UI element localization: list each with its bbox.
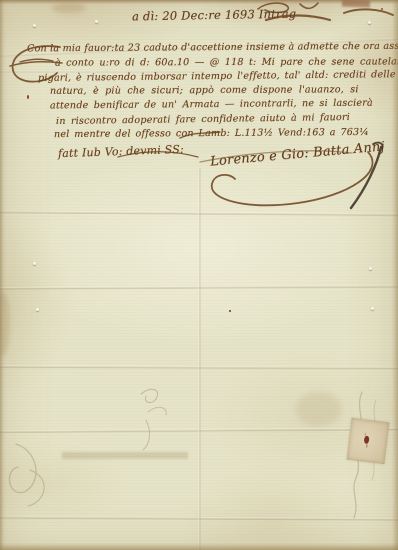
red-speck	[229, 310, 231, 312]
show-through-text-strip	[62, 452, 188, 459]
manuscript-line: in riscontro adoperati fare confidente a…	[56, 112, 350, 127]
paper-edge-right	[392, 0, 398, 550]
dark-ink-stroke	[351, 143, 382, 208]
show-through-strokes	[9, 389, 376, 518]
paper-stain	[0, 292, 10, 356]
fold-crease	[0, 516, 398, 521]
pinhole	[369, 267, 372, 270]
pinhole	[371, 307, 374, 310]
paper-edge-left	[0, 0, 4, 550]
red-speck	[27, 95, 29, 99]
pinhole	[109, 74, 112, 77]
manuscript-letter-photo: a dì: 20 Dec:re 1693 Intrag Con la mia f…	[0, 0, 398, 550]
manuscript-line: Con la mia fauor:ta 23 caduto d'accettio…	[27, 41, 398, 55]
signature: Lorenzo e Gio: Batta Annj	[210, 139, 386, 169]
ink-stain	[342, 0, 370, 7]
paper-stain	[296, 392, 342, 426]
manuscript-line: nel mentre del offesso con Lamb: L.113½ …	[54, 127, 369, 140]
ink-flourishes	[0, 0, 398, 550]
pinhole	[36, 308, 39, 311]
red-speck	[381, 8, 383, 10]
seal-wax-mark	[364, 436, 370, 445]
manuscript-line: à conto u:ro di d: 60a.10 — @ 118 t: Mi …	[55, 56, 398, 68]
fold-crease	[0, 285, 398, 290]
seal-remnant	[347, 418, 390, 464]
manuscript-line: pigari, è riuscendo imborsar intempo l'e…	[38, 69, 396, 84]
manuscript-line: natura, è più che sicuri; appò come disp…	[50, 84, 359, 97]
paper-edge-bottom	[0, 543, 398, 550]
closing-line: fatt Iub Vo: devmi SS:	[58, 143, 184, 160]
date-line: a dì: 20 Dec:re 1693 Intrag	[132, 7, 297, 24]
fold-crease	[0, 37, 398, 57]
fold-crease	[0, 211, 398, 217]
pinhole	[368, 21, 371, 24]
paper-stain	[52, 3, 86, 13]
pinhole	[33, 262, 36, 265]
fold-crease	[0, 70, 204, 73]
paper-edge-top	[0, 0, 398, 4]
fold-crease-vertical	[198, 168, 201, 550]
fold-crease	[0, 365, 398, 369]
pinhole	[33, 24, 36, 27]
pinhole	[95, 20, 98, 23]
photo-vignette	[0, 0, 398, 550]
manuscript-line: attende benificar de un' Armata — incont…	[50, 98, 373, 112]
fold-crease	[0, 428, 398, 434]
